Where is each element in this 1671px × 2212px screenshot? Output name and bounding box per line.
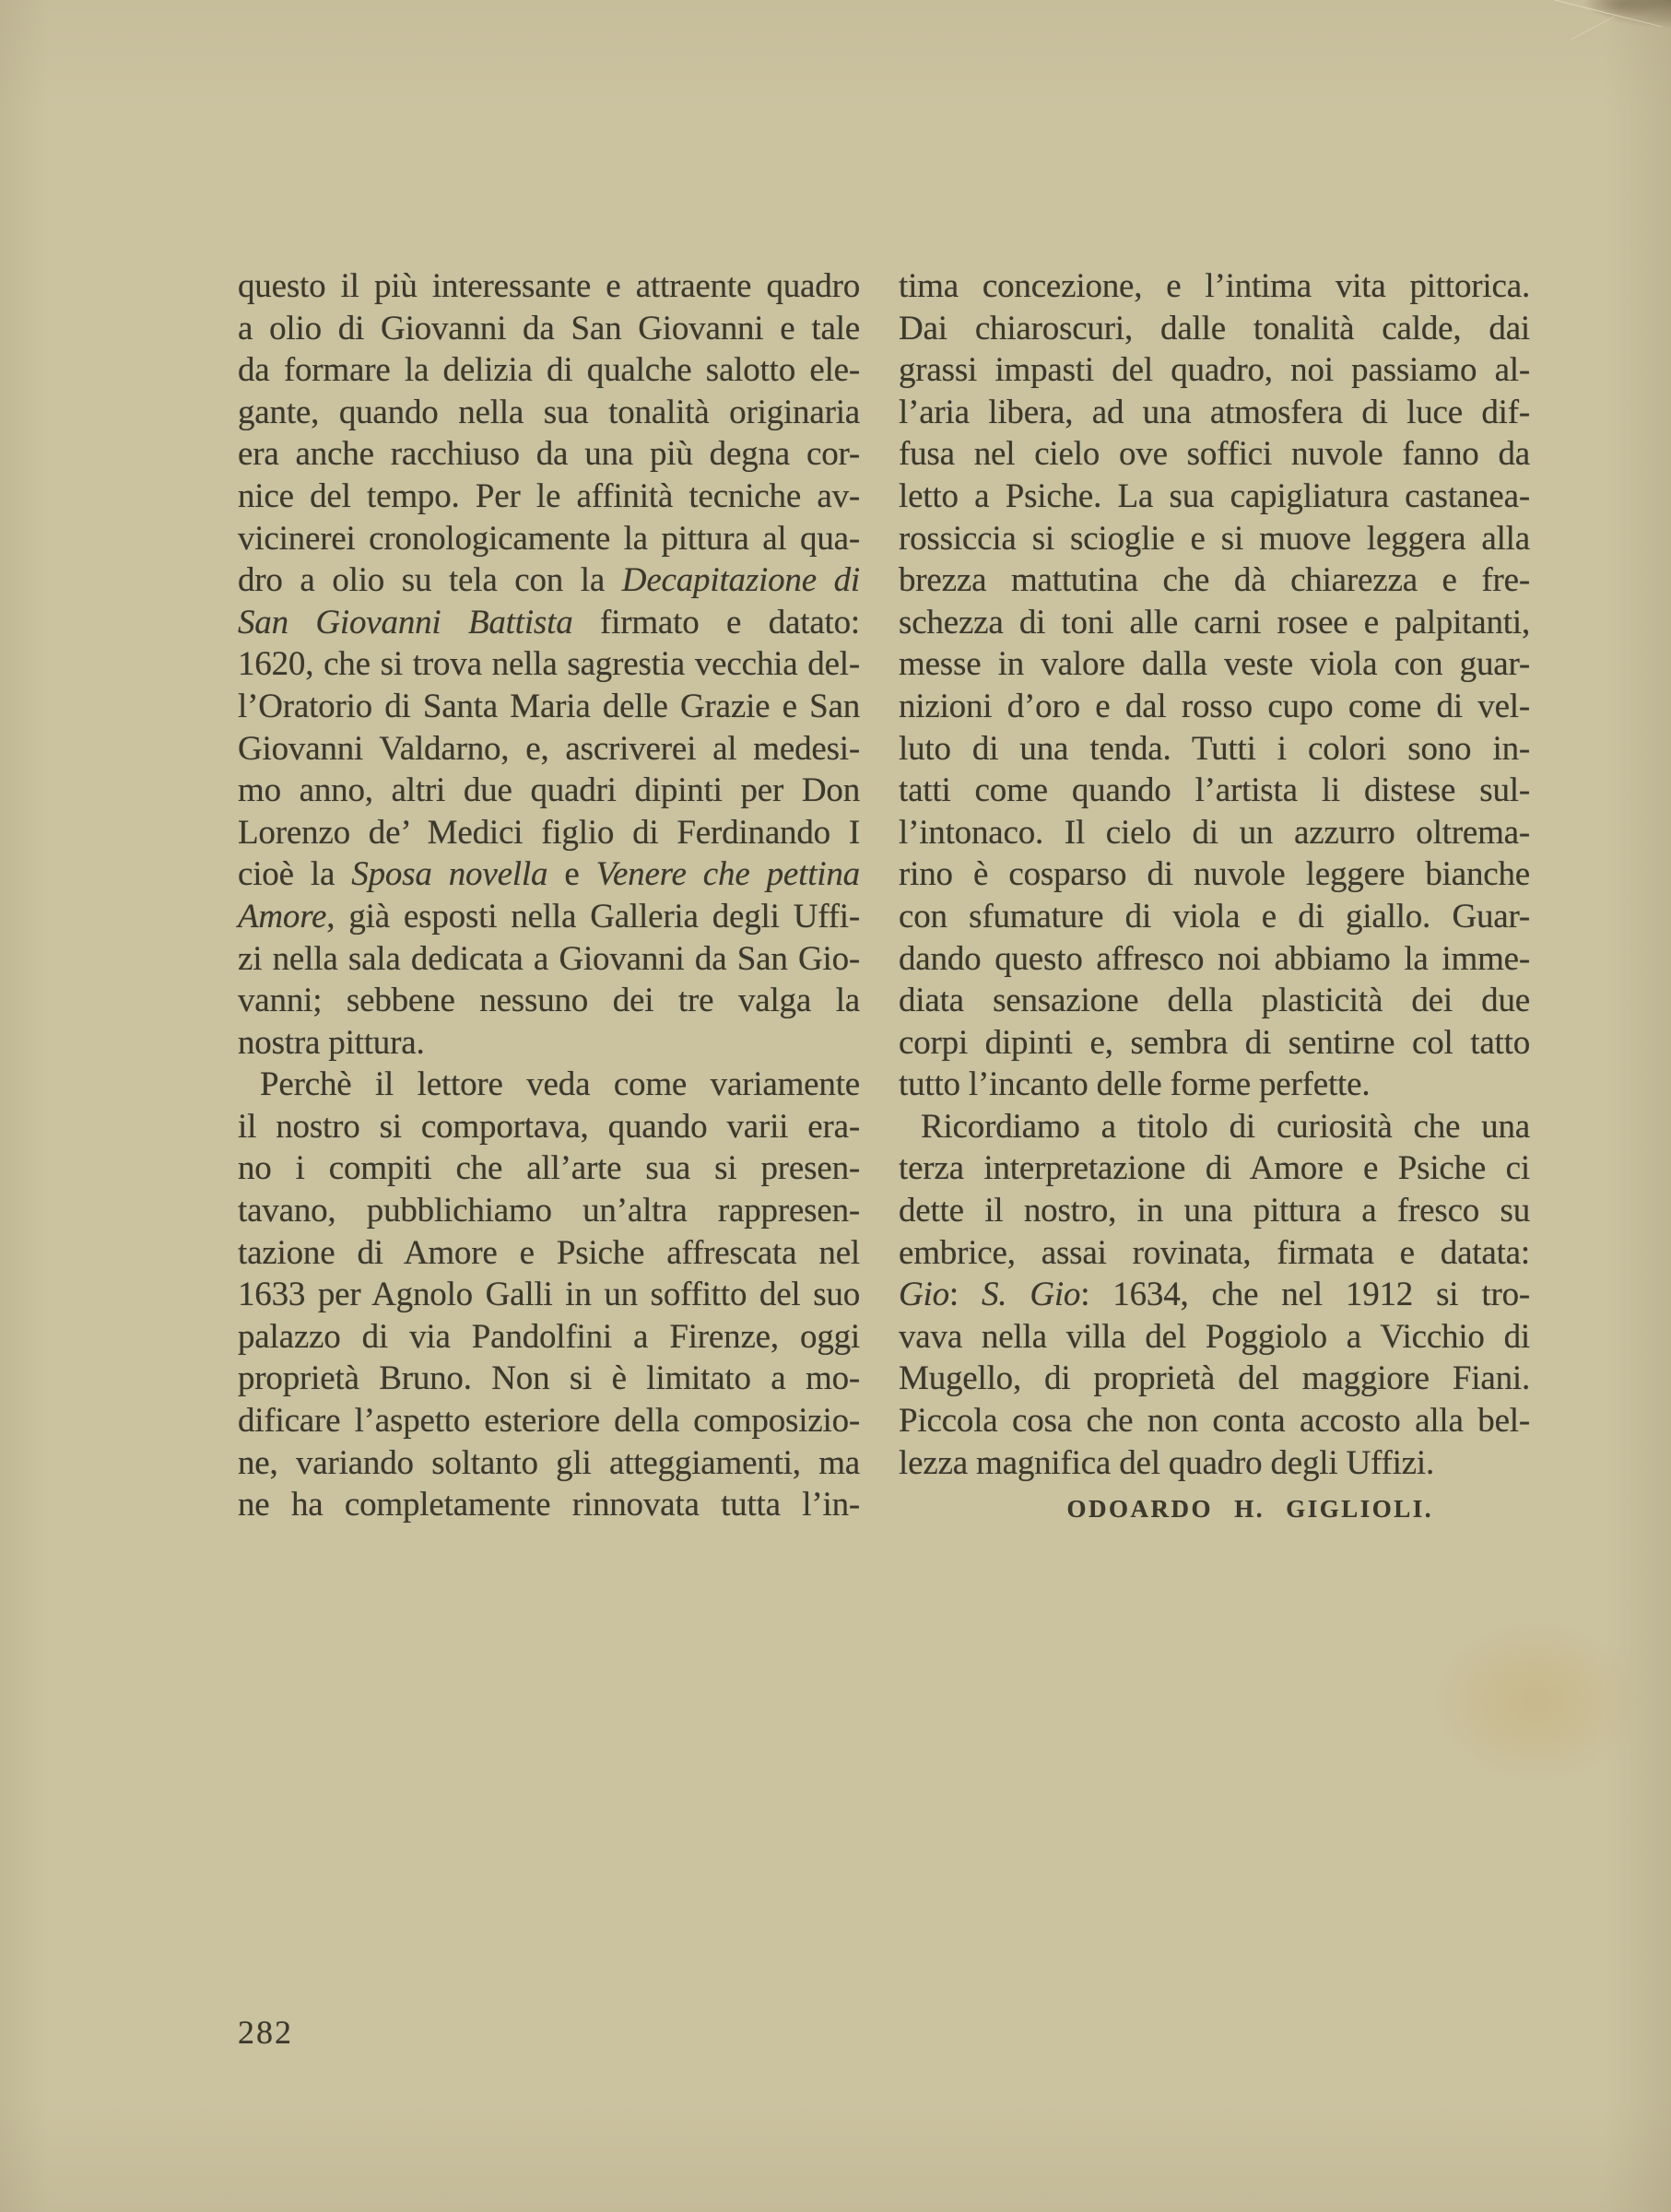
text-line: tavano, pubblichiamo un’altra rappresen- (238, 1190, 860, 1232)
text-line: a olio di Giovanni da San Giovanni e tal… (238, 308, 860, 350)
text-line: vanni; sebbene nessuno dei tre valga la (238, 980, 860, 1022)
text-line: 1620, che si trova nella sagrestia vecch… (238, 643, 860, 686)
book-page: questo il più interessante e attraente q… (0, 0, 1671, 2212)
text-line: vava nella villa del Poggiolo a Vicchio … (899, 1316, 1530, 1359)
text-column-left: questo il più interessante e attraente q… (238, 265, 860, 1526)
text-line: l’aria libera, ad una atmosfera di luce … (899, 392, 1530, 434)
text-line: dificare l’aspetto esteriore della compo… (238, 1400, 860, 1442)
text-line: Dai chiaroscuri, dalle tonalità calde, d… (899, 308, 1530, 350)
text-line: nizioni d’oro e dal rosso cupo come di v… (899, 686, 1530, 728)
text-line: nice del tempo. Per le affinità tecniche… (238, 476, 860, 518)
text-line: con sfumature di viola e di giallo. Guar… (899, 896, 1530, 938)
text-line: San Giovanni Battista firmato e datato: (238, 602, 860, 644)
text-line: cioè la Sposa novella e Venere che petti… (238, 853, 860, 896)
text-line: 1633 per Agnolo Galli in un soffitto del… (238, 1274, 860, 1316)
text-line: fusa nel cielo ove soffici nuvole fanno … (899, 433, 1530, 476)
text-line: dette il nostro, in una pittura a fresco… (899, 1190, 1530, 1232)
text-line: terza interpretazione di Amore e Psiche … (899, 1147, 1530, 1190)
text-line: Gio: S. Gio: 1634, che nel 1912 si tro- (899, 1274, 1530, 1316)
text-line: messe in valore dalla veste viola con gu… (899, 643, 1530, 686)
text-line: Piccola cosa che non conta accosto alla … (899, 1400, 1530, 1442)
text-line: questo il più interessante e attraente q… (238, 265, 860, 308)
text-line: lezza magnifica del quadro degli Uffizi. (899, 1442, 1530, 1485)
text-line: Ricordiamo a titolo di curiosità che una (899, 1106, 1530, 1148)
text-line: l’intonaco. Il cielo di un azzurro oltre… (899, 812, 1530, 854)
text-line: Lorenzo de’ Medici figlio di Ferdinando … (238, 812, 860, 854)
text-line: il nostro si comportava, quando varii er… (238, 1106, 860, 1148)
text-line: tutto l’incanto delle forme perfette. (899, 1064, 1530, 1106)
text-line: schezza di toni alle carni rosee e palpi… (899, 602, 1530, 644)
text-line: grassi impasti del quadro, noi passiamo … (899, 349, 1530, 392)
text-line: l’Oratorio di Santa Maria delle Grazie e… (238, 686, 860, 728)
text-line: tima concezione, e l’intima vita pittori… (899, 265, 1530, 308)
text-line: tazione di Amore e Psiche affrescata nel (238, 1232, 860, 1275)
author-signature: ODOARDO H. GIGLIOLI. (899, 1488, 1530, 1531)
text-line: embrice, assai rovinata, firmata e datat… (899, 1232, 1530, 1275)
text-line: zi nella sala dedicata a Giovanni da San… (238, 938, 860, 981)
page-number: 282 (238, 2012, 293, 2054)
text-line: Mugello, di proprietà del maggiore Fiani… (899, 1358, 1530, 1400)
text-line: nostra pittura. (238, 1022, 860, 1065)
text-line: proprietà Bruno. Non si è limitato a mo- (238, 1358, 860, 1400)
text-line: rino è cosparso di nuvole leggere bianch… (899, 853, 1530, 896)
text-line: Perchè il lettore veda come variamente (238, 1064, 860, 1106)
text-line: era anche racchiuso da una più degna cor… (238, 433, 860, 476)
text-line: corpi dipinti e, sembra di sentirne col … (899, 1022, 1530, 1065)
text-line: palazzo di via Pandolfini a Firenze, ogg… (238, 1316, 860, 1359)
text-line: luto di una tenda. Tutti i colori sono i… (899, 728, 1530, 771)
page-corner-stain (1496, 0, 1671, 65)
text-line: Giovanni Valdarno, e, ascriverei al mede… (238, 728, 860, 771)
paper-stain (1430, 1618, 1642, 1784)
text-column-right: tima concezione, e l’intima vita pittori… (899, 265, 1530, 1526)
text-line: brezza mattutina che dà chiarezza e fre- (899, 559, 1530, 602)
text-line: vicinerei cronologicamente la pittura al… (238, 518, 860, 560)
text-line: ne ha completamente rinnovata tutta l’in… (238, 1484, 860, 1526)
text-line: dro a olio su tela con la Decapitazione … (238, 559, 860, 602)
text-line: da formare la delizia di qualche salotto… (238, 349, 860, 392)
text-line: Amore, già esposti nella Galleria degli … (238, 896, 860, 938)
text-line: ne, variando soltanto gli atteggiamenti,… (238, 1442, 860, 1485)
text-line: dando questo affresco noi abbiamo la imm… (899, 938, 1530, 981)
text-line: diata sensazione della plasticità dei du… (899, 980, 1530, 1022)
text-line: tatti come quando l’artista li distese s… (899, 770, 1530, 812)
text-line: rossiccia si scioglie e si muove leggera… (899, 518, 1530, 560)
text-line: no i compiti che all’arte sua si presen- (238, 1147, 860, 1190)
text-line: mo anno, altri due quadri dipinti per Do… (238, 770, 860, 812)
text-line: gante, quando nella sua tonalità origina… (238, 392, 860, 434)
text-line: letto a Psiche. La sua capigliatura cast… (899, 476, 1530, 518)
